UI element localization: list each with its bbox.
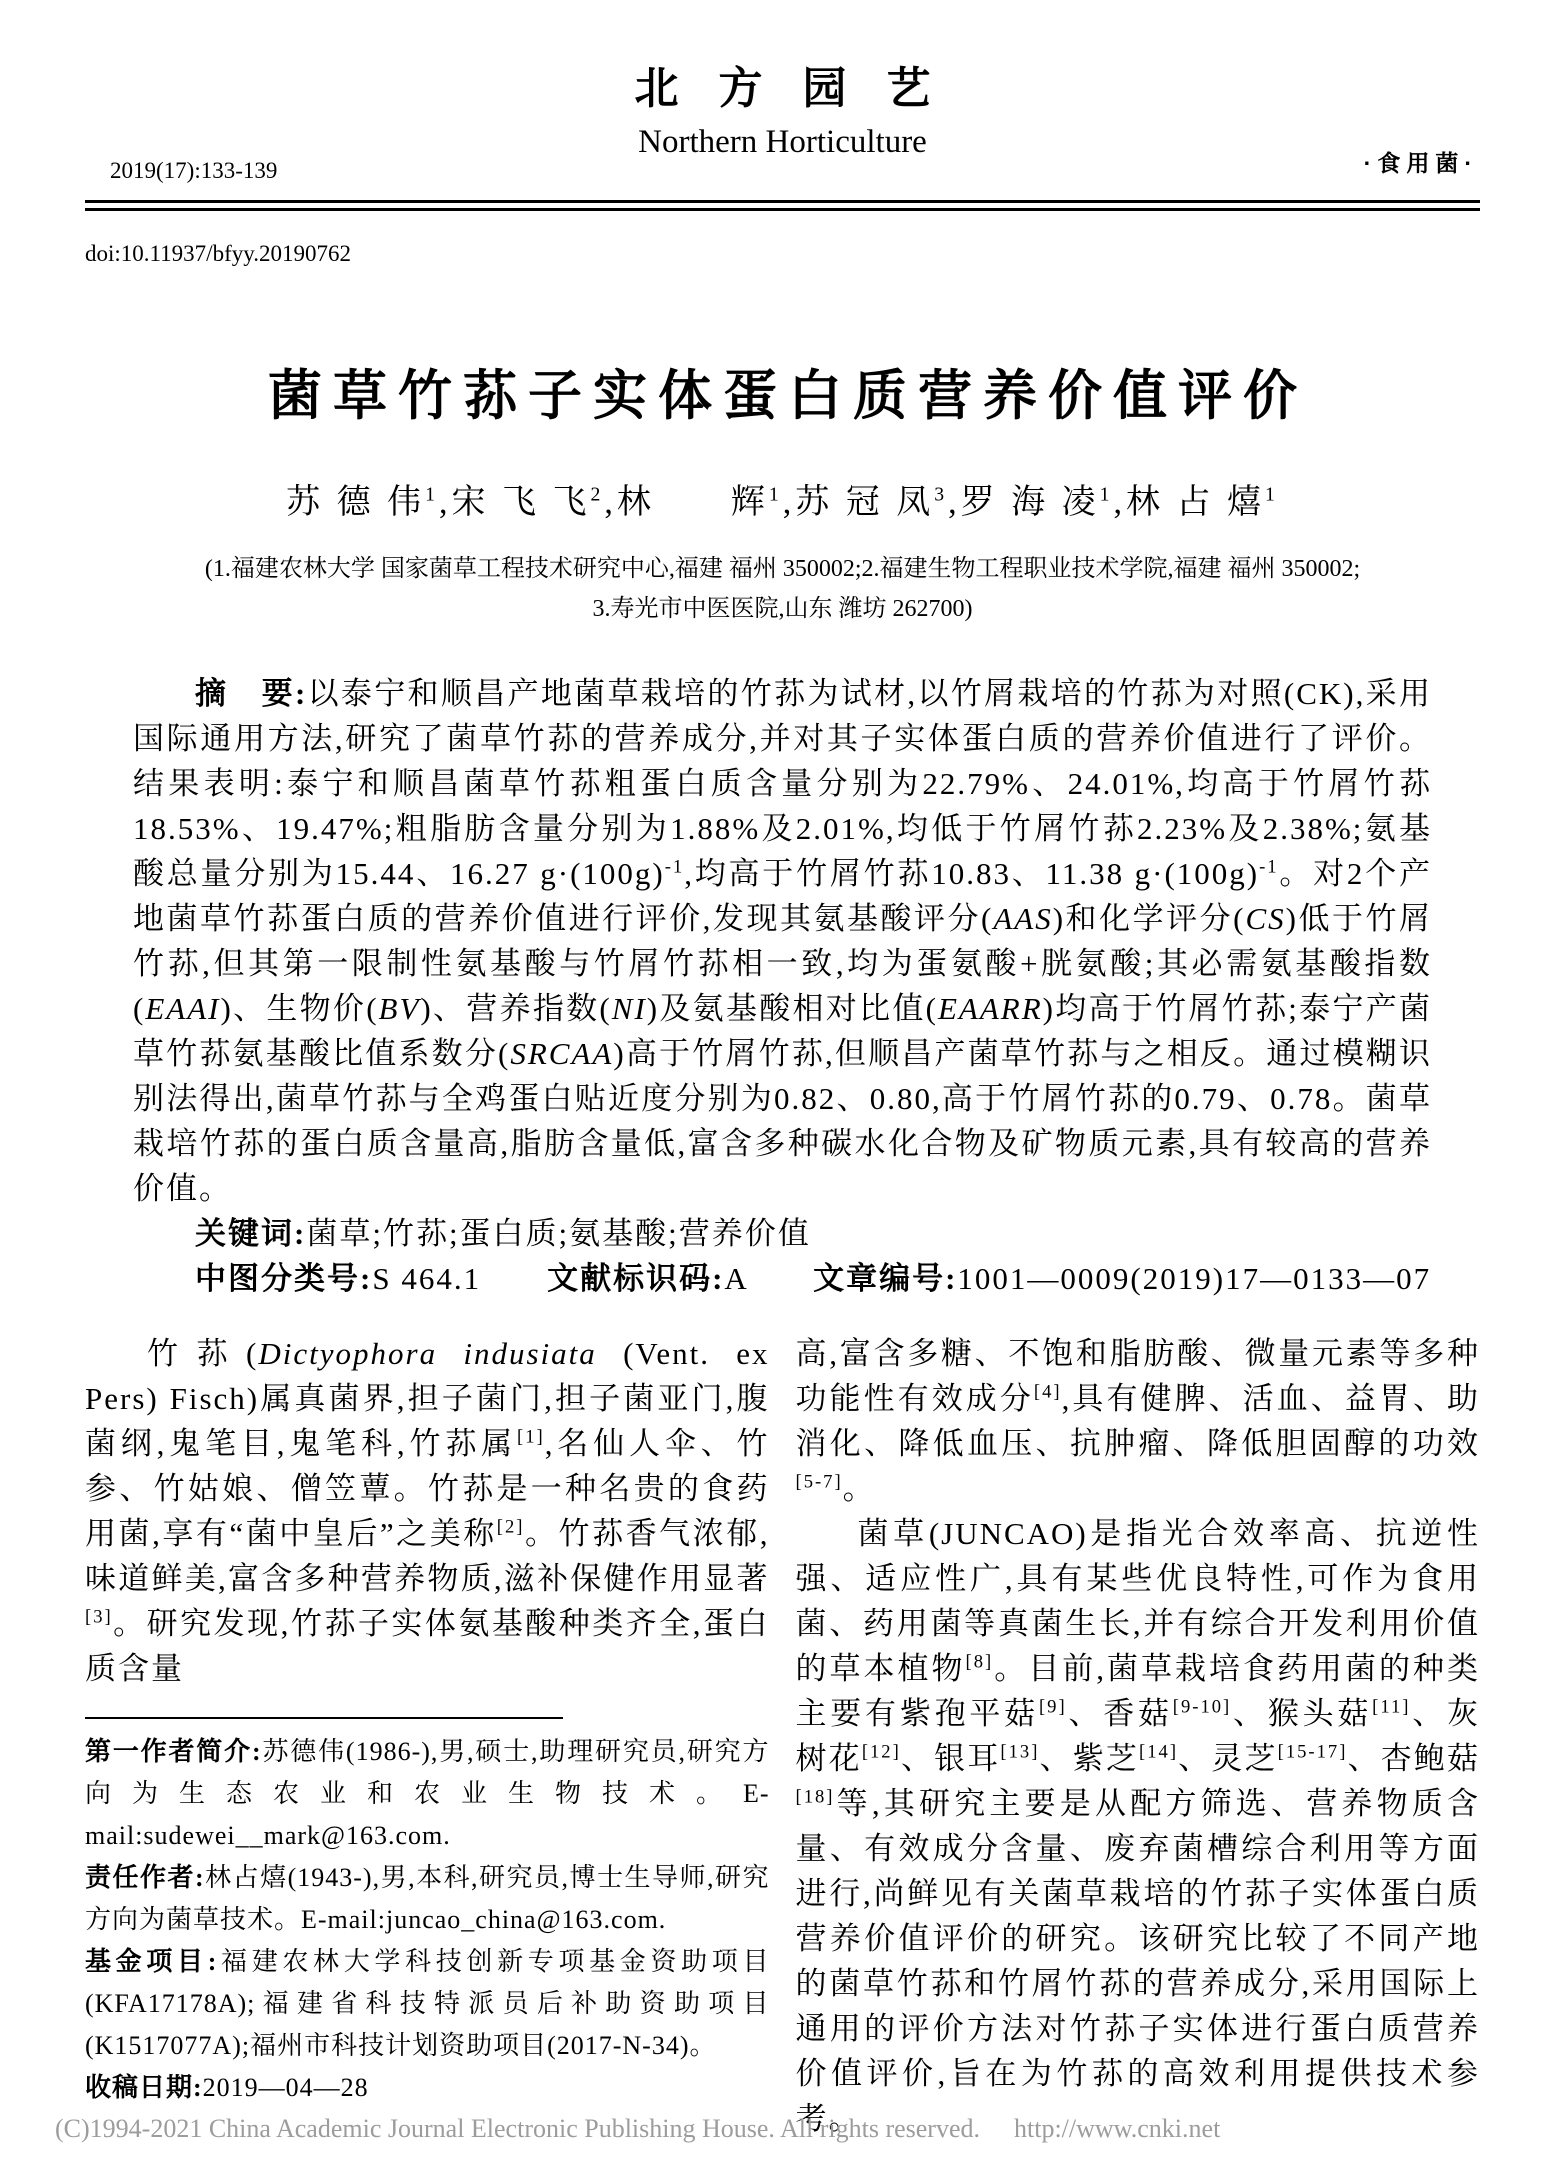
page-content: 北方园艺 Northern Horticulture 2019(17):133-… (0, 0, 1565, 2141)
first-author-note: 第一作者简介:苏德伟(1986-),男,硕士,助理研究员,研究方向为生态农业和农… (85, 1731, 770, 1857)
left-column: 竹荪(Dictyophora indusiata (Vent. ex Pers)… (85, 1331, 770, 2141)
received-date-note: 收稿日期:2019—04—28 (85, 2067, 770, 2109)
copyright-text: (C)1994-2021 China Academic Journal Elec… (55, 2114, 980, 2143)
intro-paragraph-1-continued: 高,富含多糖、不饱和脂肪酸、微量元素等多种功能性有效成分[4],具有健脾、活血、… (796, 1331, 1481, 1511)
header-divider (85, 200, 1480, 211)
clc-line: 中图分类号:S 464.1 文献标识码:A 文章编号:1001—0009(201… (133, 1256, 1432, 1301)
abstract-paragraph: 摘 要:以泰宁和顺昌产地菌草栽培的竹荪为试材,以竹屑栽培的竹荪为对照(CK),采… (133, 671, 1432, 1211)
cnki-url: http://www.cnki.net (1014, 2114, 1220, 2143)
right-column: 高,富含多糖、不饱和脂肪酸、微量元素等多种功能性有效成分[4],具有健脾、活血、… (796, 1331, 1481, 2141)
section-tag-edible-fungi: ·食用菌· (1364, 145, 1478, 178)
journal-page: 北方园艺 Northern Horticulture 2019(17):133-… (0, 0, 1565, 2182)
intro-paragraph-1: 竹荪(Dictyophora indusiata (Vent. ex Pers)… (85, 1331, 770, 1691)
journal-title-cn: 北方园艺 (85, 52, 1480, 116)
doi-line: doi:10.11937/bfyy.20190762 (85, 241, 1480, 267)
footnote-block: 第一作者简介:苏德伟(1986-),男,硕士,助理研究员,研究方向为生态农业和农… (85, 1731, 770, 2109)
footnote-divider (85, 1717, 563, 1719)
journal-title-en: Northern Horticulture (85, 124, 1480, 161)
affiliation-line-1: (1.福建农林大学 国家菌草工程技术研究中心,福建 福州 350002;2.福建… (85, 549, 1480, 589)
funding-note: 基金项目:福建农林大学科技创新专项基金资助项目(KFA17178A);福建省科技… (85, 1941, 770, 2067)
copyright-footer: (C)1994-2021 China Academic Journal Elec… (55, 2114, 1220, 2144)
article-title: 菌草竹荪子实体蛋白质营养价值评价 (85, 353, 1480, 430)
issue-page-info: 2019(17):133-139 (110, 158, 277, 184)
corresponding-author-note: 责任作者:林占熺(1943-),男,本科,研究员,博士生导师,研究方向为菌草技术… (85, 1857, 770, 1941)
affiliations: (1.福建农林大学 国家菌草工程技术研究中心,福建 福州 350002;2.福建… (85, 549, 1480, 629)
author-line: 苏 德 伟1,宋 飞 飞2,林 辉1,苏 冠 凤3,罗 海 凌1,林 占 熺1 (85, 474, 1480, 523)
keywords-line: 关键词:菌草;竹荪;蛋白质;氨基酸;营养价值 (133, 1211, 1432, 1256)
body-columns: 竹荪(Dictyophora indusiata (Vent. ex Pers)… (85, 1331, 1480, 2141)
affiliation-line-2: 3.寿光市中医医院,山东 潍坊 262700) (85, 589, 1480, 629)
intro-paragraph-2: 菌草(JUNCAO)是指光合效率高、抗逆性强、适应性广,具有某些优良特性,可作为… (796, 1511, 1481, 2141)
journal-masthead: 北方园艺 Northern Horticulture 2019(17):133-… (85, 0, 1480, 190)
